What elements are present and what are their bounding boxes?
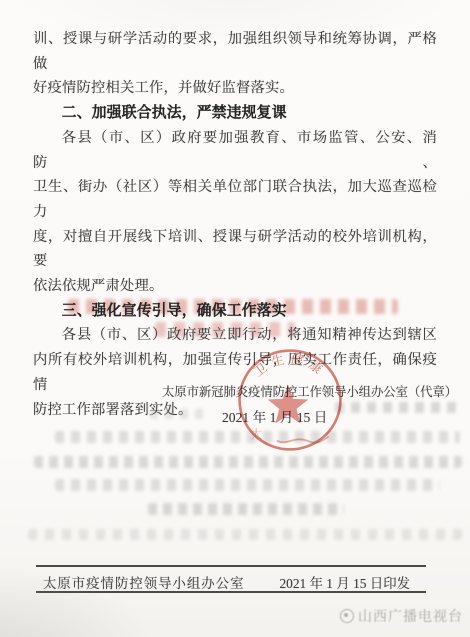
body-line: 卫生、街办（社区）等相关单位部门联合执法，加大巡查巡检力 — [33, 175, 437, 224]
document-page: 训、授课与研学活动的要求，加强组织领导和统筹协调，严格做 好疫情防控相关工作，并… — [0, 0, 470, 637]
bleed-through-text-mark — [55, 479, 440, 491]
official-seal: 卫生健康 太 — [236, 347, 344, 453]
body-line: 依法依规严肃处理。 — [33, 274, 437, 299]
section-heading-3: 三、强化宣传引导，确保工作落实 — [33, 299, 437, 324]
section-heading-2: 二、加强联合执法，严禁违规复课 — [33, 101, 437, 126]
bleed-through-text-mark — [148, 503, 344, 515]
bleed-through-text-mark — [34, 456, 462, 468]
broadcaster-watermark: 山西广播电视台 — [340, 606, 463, 626]
body-line: 各县（市、区）政府要立即行动，将通知精神传达到辖区 — [33, 323, 437, 348]
star-icon — [268, 385, 309, 424]
body-line: 训、授课与研学活动的要求，加强组织领导和统筹协调，严格做 — [33, 27, 437, 76]
watermark-text: 山西广播电视台 — [358, 606, 463, 626]
footer-divider-bottom — [36, 591, 426, 593]
body-line: 好疫情防控相关工作，并做好监督落实。 — [33, 76, 437, 101]
seal-bottom-char: 太 — [250, 427, 262, 442]
footer-divider-top — [36, 565, 426, 567]
footer-print-date: 2021 年 1 月 15 日印发 — [279, 573, 410, 592]
footer-issuing-office: 太原市疫情防控领导小组办公室 — [43, 573, 244, 592]
body-line: 各县（市、区）政府要加强教育、市场监管、公安、消防、 — [33, 126, 437, 175]
document-body: 训、授课与研学活动的要求，加强组织领导和统筹协调，严格做 好疫情防控相关工作，并… — [33, 27, 437, 422]
body-line: 度，对擅自开展线下培训、授课与研学活动的校外培训机构，要 — [33, 225, 437, 274]
tv-station-logo-icon — [340, 609, 354, 623]
bleed-through-text-mark — [28, 529, 462, 540]
seal-arc-text: 卫生健康 — [251, 351, 329, 380]
